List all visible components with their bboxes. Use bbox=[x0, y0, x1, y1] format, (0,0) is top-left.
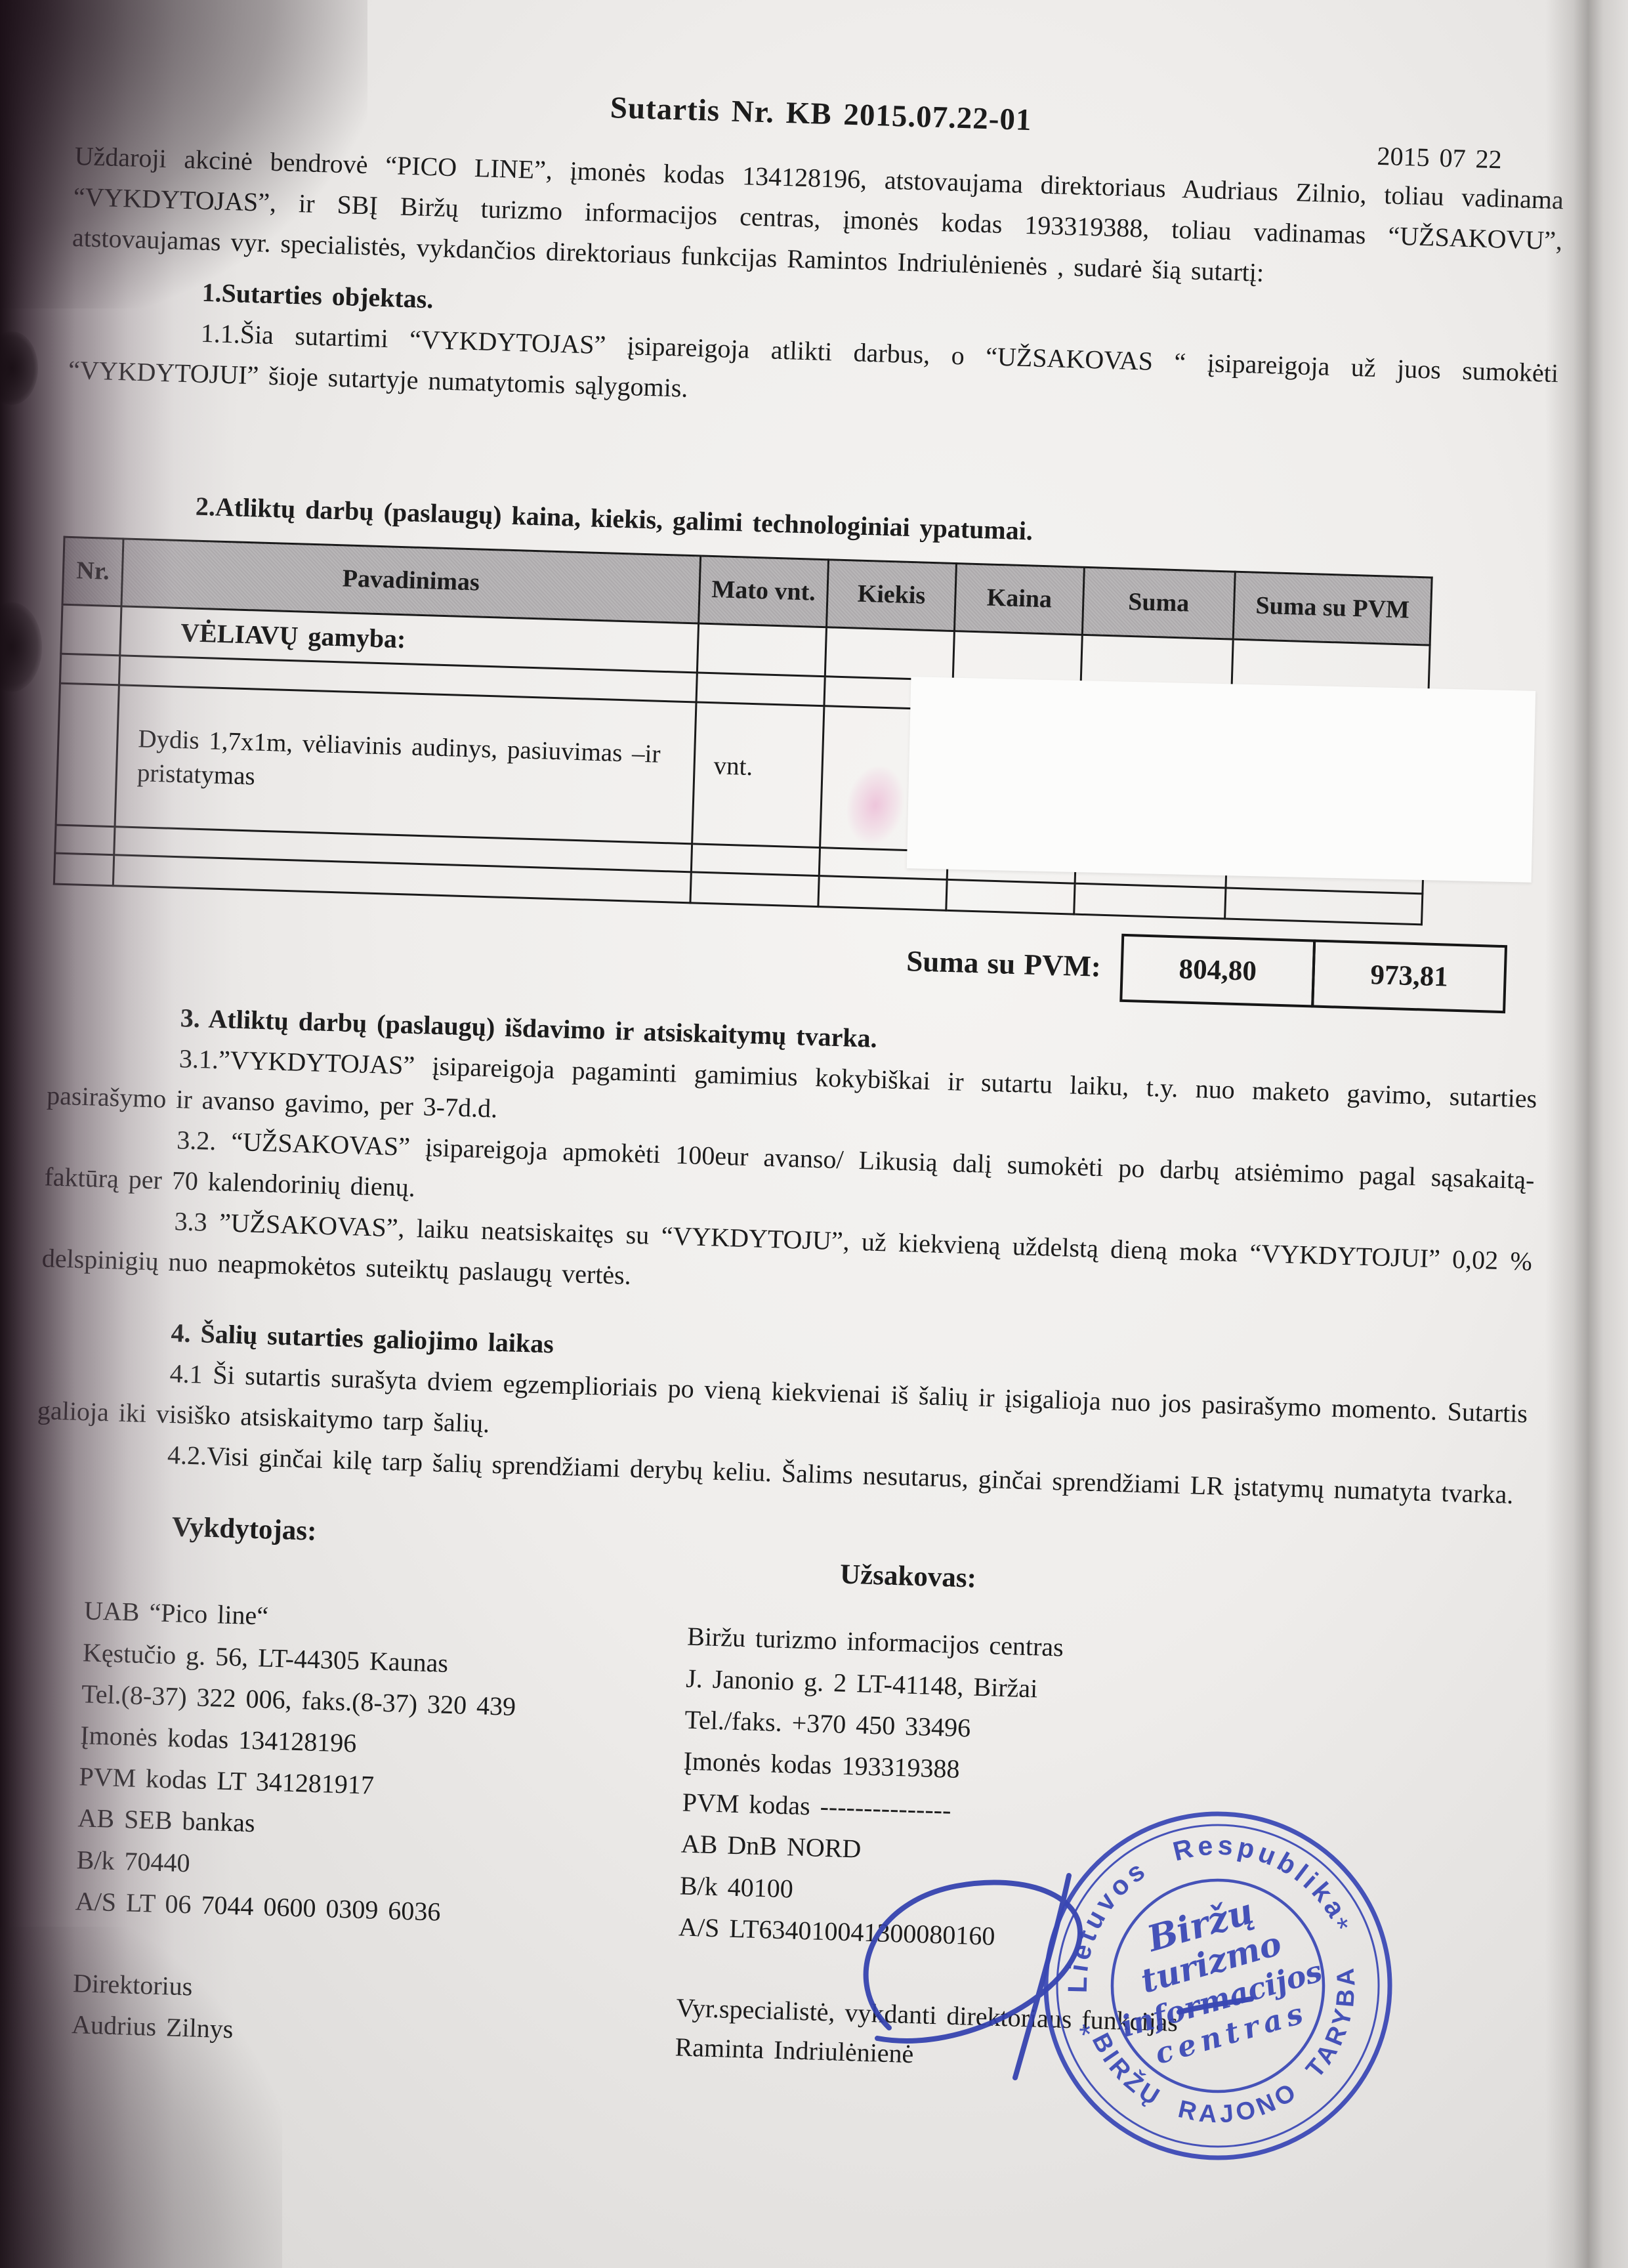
contract-date: 2015 07 22 bbox=[1377, 136, 1503, 180]
col-header-unit: Mato vnt. bbox=[699, 556, 829, 627]
stamp-star-left: * bbox=[1076, 2017, 1097, 2053]
col-header-nr: Nr. bbox=[62, 537, 123, 606]
redaction-overlay bbox=[907, 677, 1535, 883]
scanned-contract-page: Sutartis Nr. KB 2015.07.22-01 2015 07 22… bbox=[0, 0, 1628, 2268]
stamp-star-right: * bbox=[1333, 1910, 1354, 1946]
total-gross-cell: 973,81 bbox=[1311, 939, 1507, 1013]
binder-mark bbox=[0, 602, 42, 692]
executor-heading: Vykdytojas: bbox=[86, 1503, 691, 1564]
item-unit: vnt. bbox=[692, 702, 824, 848]
col-header-quantity: Kiekis bbox=[827, 560, 957, 631]
col-header-price: Kaina bbox=[954, 563, 1084, 635]
total-net-cell: 804,80 bbox=[1119, 934, 1316, 1008]
col-header-sum: Suma bbox=[1082, 567, 1235, 639]
executor-column: Vykdytojas: UAB “Pico line“ Kęstučio g. … bbox=[18, 1501, 690, 2067]
col-header-sum-vat: Suma su PVM bbox=[1233, 572, 1432, 645]
customer-heading: Užsakovas: bbox=[688, 1549, 1522, 1617]
binder-mark bbox=[0, 331, 38, 405]
item-description: Dydis 1,7x1m, vėliavinis audinys, pasiuv… bbox=[115, 685, 696, 844]
total-label: Suma su PVM: bbox=[906, 938, 1121, 990]
